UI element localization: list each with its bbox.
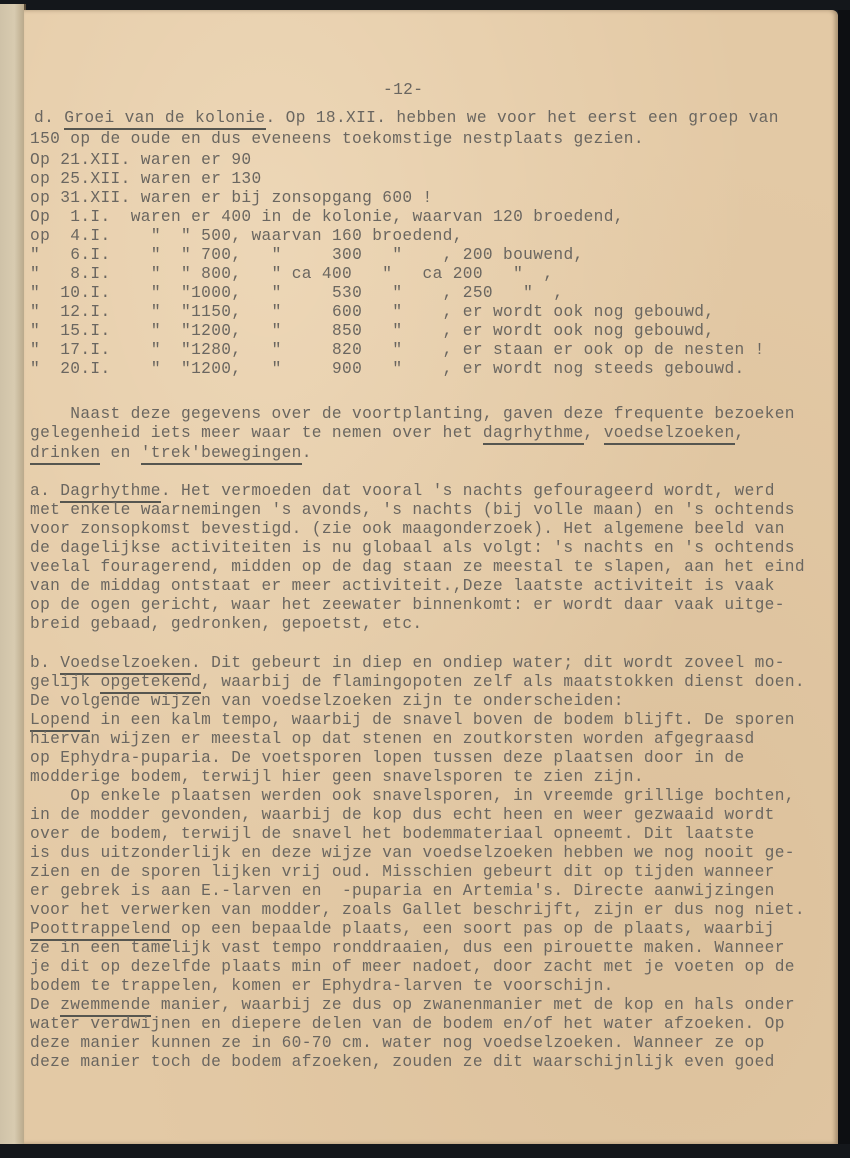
section-a-line: van de middag ontstaat er meer activitei… bbox=[30, 577, 775, 596]
section-b-line: er gebrek is aan E.-larven en -puparia e… bbox=[30, 882, 775, 901]
observation-row: Op 21.XII. waren er 90 bbox=[30, 151, 251, 170]
row-date: 8.I. bbox=[60, 265, 120, 283]
section-heading: Dagrhythme bbox=[60, 482, 161, 503]
section-b-line: water verdwijnen en diepere delen van de… bbox=[30, 1015, 785, 1034]
row-text: " "1200, " 900 " , er wordt nog steeds g… bbox=[131, 360, 745, 378]
row-text: " "1200, " 850 " , er wordt ook nog gebo… bbox=[131, 322, 715, 340]
method-heading-zwemmende: zwemmende bbox=[60, 996, 151, 1017]
row-prefix: " bbox=[30, 265, 40, 283]
previous-page-edge bbox=[0, 4, 26, 1144]
text-run: , bbox=[584, 424, 604, 442]
section-a-line: a. Dagrhythme. Het vermoeden dat vooral … bbox=[30, 482, 775, 501]
row-date: 17.I. bbox=[60, 341, 120, 359]
observation-row: " 15.I. " "1200, " 850 " , er wordt ook … bbox=[30, 322, 714, 341]
row-text: " "1150, " 600 " , er wordt ook nog gebo… bbox=[131, 303, 715, 321]
section-b-line: op Ephydra-puparia. De voetsporen lopen … bbox=[30, 749, 745, 768]
section-a-line: met enkele waarnemingen 's avonds, 's na… bbox=[30, 501, 795, 520]
section-label: b. bbox=[30, 654, 60, 672]
topic-trekbewegingen: 'trek'bewegingen bbox=[141, 444, 302, 465]
observation-row: Op 1.I. waren er 400 in de kolonie, waar… bbox=[30, 208, 624, 227]
page-number: -12- bbox=[383, 81, 423, 100]
section-b-line: over de bodem, terwijl de snavel het bod… bbox=[30, 825, 755, 844]
row-prefix: Op bbox=[30, 151, 50, 169]
paragraph-line: drinken en 'trek'bewegingen. bbox=[30, 444, 312, 463]
section-b-line: zien en de sporen lijken vrij oud. Missc… bbox=[30, 863, 775, 882]
row-prefix: Op bbox=[30, 208, 50, 226]
text-run: . Het vermoeden dat vooral 's nachts gef… bbox=[161, 482, 775, 500]
section-b-line: deze manier toch de bodem afzoeken, zoud… bbox=[30, 1053, 775, 1072]
section-b-line: je dit op dezelfde plaats min of meer na… bbox=[30, 958, 795, 977]
text-run: manier, waarbij ze dus op zwanenmanier m… bbox=[151, 996, 795, 1014]
paragraph-line: gelegenheid iets meer waar te nemen over… bbox=[30, 424, 745, 443]
row-date: 20.I. bbox=[60, 360, 120, 378]
section-b-line: is dus uitzonderlijk en deze wijze van v… bbox=[30, 844, 795, 863]
row-text: waren er 90 bbox=[141, 151, 252, 169]
section-a-line: breid gebaad, gedronken, gepoetst, etc. bbox=[30, 615, 423, 634]
row-date: 1.I. bbox=[60, 208, 120, 226]
row-prefix: " bbox=[30, 303, 40, 321]
topic-dagrhythme: dagrhythme bbox=[483, 424, 584, 445]
section-b-line: ze in een tamelijk vast tempo ronddraaie… bbox=[30, 939, 785, 958]
page-shadow bbox=[838, 10, 850, 1144]
section-a-line: voor zonsopkomst bevestigd. (zie ook maa… bbox=[30, 520, 785, 539]
underlined-word: opgetekend bbox=[100, 673, 201, 694]
section-heading: Groei van de kolonie bbox=[64, 109, 265, 130]
section-d-line-2: 150 op de oude en dus eveneens toekomsti… bbox=[30, 130, 644, 149]
row-prefix: op bbox=[30, 227, 50, 245]
text-run: gelegenheid iets meer waar te nemen over… bbox=[30, 424, 483, 442]
section-b-line: Lopend in een kalm tempo, waarbij de sna… bbox=[30, 711, 795, 730]
observation-row: " 6.I. " " 700, " 300 " , 200 bouwend, bbox=[30, 246, 584, 265]
observation-row: op 31.XII. waren er bij zonsopgang 600 ! bbox=[30, 189, 433, 208]
row-text: waren er 130 bbox=[141, 170, 262, 188]
text-run: in een kalm tempo, waarbij de snavel bov… bbox=[90, 711, 795, 729]
text-run: op een bepaalde plaats, een soort pas op… bbox=[171, 920, 775, 938]
section-b-line: modderige bodem, terwijl hier geen snave… bbox=[30, 768, 644, 787]
section-b-line: hiervan wijzen er meestal op dat stenen … bbox=[30, 730, 755, 749]
text-run: , waarbij de flamingopoten zelf als maat… bbox=[201, 673, 805, 691]
section-label: a. bbox=[30, 482, 60, 500]
observation-row: op 25.XII. waren er 130 bbox=[30, 170, 262, 189]
section-a-line: de dagelijkse activiteiten is nu globaal… bbox=[30, 539, 795, 558]
section-b-line: voor het verwerken van modder, zoals Gal… bbox=[30, 901, 805, 920]
section-b-line: bodem te trappelen, komen er Ephydra-lar… bbox=[30, 977, 614, 996]
text-run: . Op 18.XII. hebben we voor het eerst ee… bbox=[266, 109, 779, 127]
row-text: " " 500, waarvan 160 broedend, bbox=[131, 227, 463, 245]
section-b-line: De zwemmende manier, waarbij ze dus op z… bbox=[30, 996, 795, 1015]
row-text: " " 700, " 300 " , 200 bouwend, bbox=[131, 246, 584, 264]
text-run: De bbox=[30, 996, 60, 1014]
observation-row: " 10.I. " "1000, " 530 " , 250 " , bbox=[30, 284, 563, 303]
row-prefix: " bbox=[30, 322, 40, 340]
section-b-line: Poottrappelend op een bepaalde plaats, e… bbox=[30, 920, 775, 939]
method-heading-poottrappelend: Poottrappelend bbox=[30, 920, 171, 941]
section-b-line: De volgende wijzen van voedselzoeken zij… bbox=[30, 692, 624, 711]
method-heading-lopend: Lopend bbox=[30, 711, 90, 732]
section-b-line: deze manier kunnen ze in 60-70 cm. water… bbox=[30, 1034, 765, 1053]
row-date: 4.I. bbox=[60, 227, 120, 245]
row-date: 12.I. bbox=[60, 303, 120, 321]
observation-row: " 17.I. " "1280, " 820 " , er staan er o… bbox=[30, 341, 765, 360]
section-b-line: Op enkele plaatsen werden ook snavelspor… bbox=[30, 787, 795, 806]
topic-drinken: drinken bbox=[30, 444, 100, 465]
row-prefix: " bbox=[30, 284, 40, 302]
section-b-line: b. Voedselzoeken. Dit gebeurt in diep en… bbox=[30, 654, 785, 673]
row-prefix: " bbox=[30, 360, 40, 378]
section-d-line-1: d. Groei van de kolonie. Op 18.XII. hebb… bbox=[34, 109, 779, 128]
observation-row: " 12.I. " "1150, " 600 " , er wordt ook … bbox=[30, 303, 714, 322]
section-label: d. bbox=[34, 109, 54, 127]
row-prefix: " bbox=[30, 246, 40, 264]
topic-voedselzoeken: voedselzoeken bbox=[604, 424, 735, 445]
row-date: 6.I. bbox=[60, 246, 120, 264]
section-b-line: in de modder gevonden, waarbij de kop du… bbox=[30, 806, 775, 825]
text-run: . bbox=[302, 444, 312, 462]
observation-row: " 20.I. " "1200, " 900 " , er wordt nog … bbox=[30, 360, 745, 379]
paragraph-line: Naast deze gegevens over de voortplantin… bbox=[30, 405, 795, 424]
text-run: gelijk bbox=[30, 673, 100, 691]
row-prefix: op bbox=[30, 189, 50, 207]
observation-row: " 8.I. " " 800, " ca 400 " ca 200 " , bbox=[30, 265, 553, 284]
row-text: " "1280, " 820 " , er staan er ook op de… bbox=[131, 341, 765, 359]
section-a-line: op de ogen gericht, waar het zeewater bi… bbox=[30, 596, 785, 615]
row-prefix: " bbox=[30, 341, 40, 359]
text-run: . Dit gebeurt in diep en ondiep water; d… bbox=[191, 654, 785, 672]
text-run: en bbox=[100, 444, 140, 462]
row-text: waren er bij zonsopgang 600 ! bbox=[141, 189, 433, 207]
row-text: " "1000, " 530 " , 250 " , bbox=[131, 284, 564, 302]
section-heading: Voedselzoeken bbox=[60, 654, 191, 675]
row-date: 25.XII. bbox=[60, 170, 130, 188]
row-text: " " 800, " ca 400 " ca 200 " , bbox=[131, 265, 554, 283]
row-date: 15.I. bbox=[60, 322, 120, 340]
section-b-line: gelijk opgetekend, waarbij de flamingopo… bbox=[30, 673, 805, 692]
row-prefix: op bbox=[30, 170, 50, 188]
row-date: 31.XII. bbox=[60, 189, 130, 207]
row-date: 10.I. bbox=[60, 284, 120, 302]
section-a-line: veelal fouragerend, midden op de dag sta… bbox=[30, 558, 805, 577]
observation-row: op 4.I. " " 500, waarvan 160 broedend, bbox=[30, 227, 463, 246]
row-text: waren er 400 in de kolonie, waarvan 120 … bbox=[131, 208, 624, 226]
text-run: , bbox=[735, 424, 745, 442]
row-date: 21.XII. bbox=[60, 151, 130, 169]
